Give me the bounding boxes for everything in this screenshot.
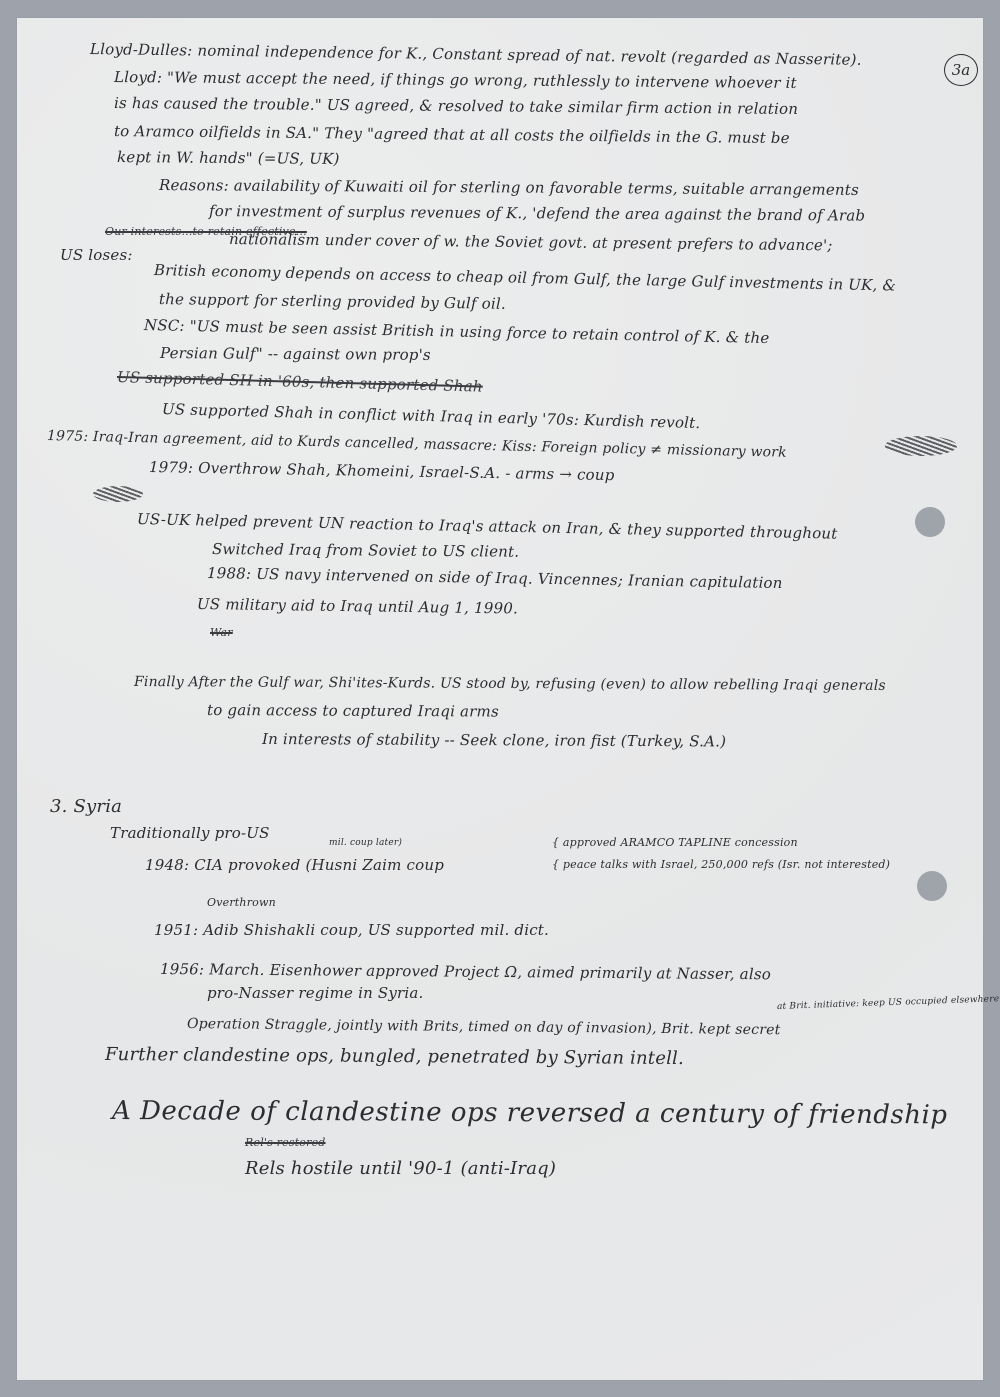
page-number: 3a xyxy=(952,61,971,79)
note-line: In interests of stability -- Seek clone,… xyxy=(262,730,726,750)
note-line: nationalism under cover of w. the Soviet… xyxy=(229,230,833,254)
note-line: US military aid to Iraq until Aug 1, 199… xyxy=(197,595,518,617)
note-line: to gain access to captured Iraqi arms xyxy=(207,701,499,721)
scribble-mark xyxy=(885,436,957,456)
note-line: NSC: "US must be seen assist British in … xyxy=(144,316,770,347)
struck-text: US supported SH in '60s, then supported … xyxy=(117,368,483,396)
note-line: to Aramco oilfields in SA." They "agreed… xyxy=(114,122,790,147)
note-line: Rels hostile until '90-1 (anti-Iraq) xyxy=(245,1158,556,1179)
scribble-mark xyxy=(93,486,143,502)
note-line: 1979: Overthrow Shah, Khomeini, Israel-S… xyxy=(149,458,615,484)
note-line: 1988: US navy intervened on side of Iraq… xyxy=(207,564,783,592)
note-line: 1975: Iraq-Iran agreement, aid to Kurds … xyxy=(47,428,787,461)
annotation: mil. coup later) xyxy=(329,838,402,848)
note-line: { peace talks with Israel, 250,000 refs … xyxy=(552,858,890,871)
annotation: at Brit. initiative: keep US occupied el… xyxy=(777,994,1000,1012)
note-line: Further clandestine ops, bungled, penetr… xyxy=(105,1044,684,1069)
note-line: Lloyd: "We must accept the need, if thin… xyxy=(114,68,797,92)
note-line: for investment of surplus revenues of K.… xyxy=(209,202,865,225)
note-line: Reasons: availability of Kuwaiti oil for… xyxy=(159,176,859,199)
note-line: Switched Iraq from Soviet to US client. xyxy=(212,540,519,561)
punch-hole-lower xyxy=(917,871,947,901)
note-line: 1956: March. Eisenhower approved Project… xyxy=(160,960,771,983)
note-line: US supported Shah in conflict with Iraq … xyxy=(162,400,701,432)
annotation: Overthrown xyxy=(207,896,276,909)
note-line: 1948: CIA provoked (Husni Zaim coup xyxy=(145,856,444,874)
note-line: pro-Nasser regime in Syria. xyxy=(207,984,424,1002)
note-line: is has caused the trouble." US agreed, &… xyxy=(114,94,798,118)
struck-text: Rel's restored xyxy=(245,1136,326,1149)
summary-line: A Decade of clandestine ops reversed a c… xyxy=(112,1096,948,1130)
note-line: Operation Straggle, jointly with Brits, … xyxy=(187,1016,781,1038)
note-line: the support for sterling provided by Gul… xyxy=(159,290,506,313)
struck-text: War xyxy=(210,626,233,639)
note-line: Traditionally pro-US xyxy=(110,824,270,842)
note-line: Persian Gulf" -- against own prop's xyxy=(160,344,431,364)
note-line: British economy depends on access to che… xyxy=(154,261,896,295)
punch-hole-upper xyxy=(915,507,945,537)
note-line: { approved ARAMCO TAPLINE concession xyxy=(552,836,798,849)
note-line: 1951: Adib Shishakli coup, US supported … xyxy=(154,921,549,939)
note-line: US-UK helped prevent UN reaction to Iraq… xyxy=(137,510,838,543)
section-heading-syria: 3. Syria xyxy=(50,796,122,817)
margin-note-us-loses: US loses: xyxy=(60,246,133,264)
note-line: Finally After the Gulf war, Shi'ites-Kur… xyxy=(134,674,886,694)
note-line: kept in W. hands" (=US, UK) xyxy=(117,148,340,168)
note-line: Lloyd-Dulles: nominal independence for K… xyxy=(90,40,862,69)
handwritten-notes-page: 3a Lloyd-Dulles: nominal independence fo… xyxy=(17,18,983,1380)
page-number-circle: 3a xyxy=(944,54,978,86)
